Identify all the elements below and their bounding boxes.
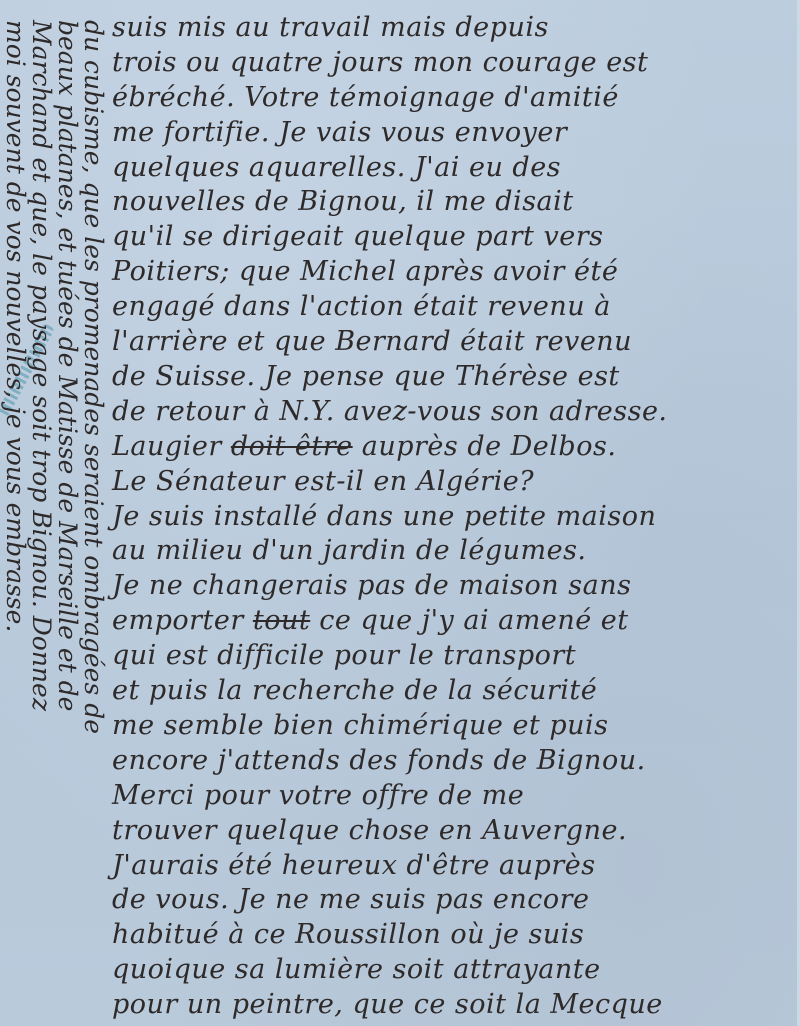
text-line: me semble bien chimérique et puis	[112, 710, 609, 746]
text-line: de Suisse. Je pense que Thérèse est	[112, 361, 620, 397]
margin-note: du cubisme, que les promenades seraient …	[0, 0, 120, 1026]
text-line: pour un peintre, que ce soit la Mecque	[112, 989, 663, 1025]
margin-line: moi souvent de vos nouvelles, je vous em…	[1, 20, 30, 632]
struck-text: tout	[253, 605, 310, 636]
text-line: qui est difficile pour le transport	[112, 640, 576, 676]
margin-line: beaux platanes, et tuées de Matisse de M…	[53, 20, 82, 711]
text-line: habitué à ce Roussillon où je suis	[112, 919, 584, 955]
struck-text: doit être	[231, 431, 353, 462]
text-line: suis mis au travail mais depuis	[112, 12, 549, 48]
text-line: quelques aquarelles. J'ai eu des	[112, 152, 561, 188]
text-line: Je suis installé dans une petite maison	[112, 501, 656, 537]
letter-page: du cubisme, que les promenades seraient …	[0, 0, 800, 1026]
text-line: et puis la recherche de la sécurité	[112, 675, 597, 711]
text-line: nouvelles de Bignou, il me disait	[112, 186, 574, 222]
text-line: J'aurais été heureux d'être auprès	[112, 850, 596, 886]
text-line: Merci pour votre offre de me	[112, 780, 524, 816]
margin-line: du cubisme, que les promenades seraient …	[79, 20, 108, 734]
text-line: Poitiers; que Michel après avoir été	[112, 256, 618, 292]
text-line: l'arrière et que Bernard était revenu	[112, 326, 632, 362]
margin-line: Marchand et que, le paysage soit trop Bi…	[27, 20, 56, 711]
text-line: qu'il se dirigeait quelque part vers	[112, 221, 604, 257]
text-line: de vous. Je ne me suis pas encore	[112, 884, 590, 920]
text-line: encore j'attends des fonds de Bignou.	[112, 745, 646, 781]
text-line: ébréché. Votre témoignage d'amitié	[112, 82, 619, 118]
text-line: au milieu d'un jardin de légumes.	[112, 535, 587, 571]
text-line-with-strikethrough: Laugier doit être auprès de Delbos.	[112, 431, 616, 467]
text-line: trouver quelque chose en Auvergne.	[112, 815, 627, 851]
text-line: me fortifie. Je vais vous envoyer	[112, 117, 567, 153]
text-line: Le Sénateur est-il en Algérie?	[112, 466, 534, 502]
text-line: trois ou quatre jours mon courage est	[112, 47, 648, 83]
text-line: Je ne changerais pas de maison sans	[112, 570, 631, 606]
text-line: de retour à N.Y. avez-vous son adresse.	[112, 396, 668, 432]
text-line-with-strikethrough: emporter tout ce que j'y ai amené et	[112, 605, 629, 641]
text-line: quoique sa lumière soit attrayante	[112, 954, 601, 990]
text-line: engagé dans l'action était revenu à	[112, 291, 611, 327]
